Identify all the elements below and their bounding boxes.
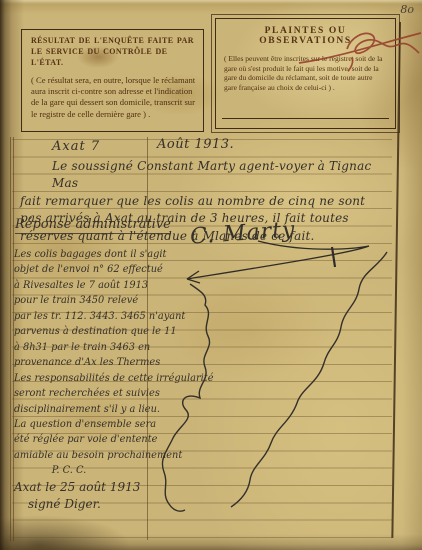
- complaint-line: fait remarquer que les colis au nombre d…: [20, 193, 394, 210]
- register-page: 8o RÉSULTAT DE L'ENQUÊTE FAITE PAR LE SE…: [0, 0, 422, 550]
- entry-date-month: Août 1913.: [157, 137, 234, 152]
- response-line: disciplinairement s'il y a lieu.: [14, 402, 148, 417]
- complaint-line: Le soussigné Constant Marty agent-voyer …: [20, 158, 394, 193]
- response-line: par les tr. 112. 3443. 3465 n'ayant: [14, 309, 148, 324]
- response-line: amiable au besoin prochainement: [14, 448, 148, 463]
- plaintes-box-title: PLAINTES OU OBSERVATIONS: [224, 26, 387, 46]
- response-line: à Rivesaltes le 7 août 1913: [14, 278, 148, 293]
- response-line: objet de l'envoi n° 62 effectué: [14, 262, 148, 277]
- response-line: Les responsabilités de cette irrégularit…: [14, 371, 148, 386]
- result-enquete-box: RÉSULTAT DE L'ENQUÊTE FAITE PAR LE SERVI…: [21, 29, 204, 132]
- plaintes-box-body: ( Elles peuvent être inscrites sur le re…: [224, 54, 387, 92]
- response-line: seront recherchées et suivies: [14, 386, 148, 401]
- closing-signature: signé Diger.: [14, 496, 148, 513]
- closing-place-date: Axat le 25 août 1913: [14, 479, 148, 496]
- response-line: La question d'ensemble sera: [14, 417, 148, 432]
- pour-copie-conforme: P. C. C.: [14, 463, 124, 478]
- response-heading: Réponse administrative: [15, 217, 171, 234]
- response-line: parvenus à destination que le 11: [14, 324, 148, 339]
- plaintes-box-inner: PLAINTES OU OBSERVATIONS ( Elles peuvent…: [215, 18, 396, 129]
- left-margin-rule: [10, 137, 11, 541]
- plaintes-box-writing-line: [222, 118, 389, 120]
- response-line: pour le train 3450 relevé: [14, 293, 148, 308]
- ink-dash: [332, 247, 335, 267]
- result-box-title: RÉSULTAT DE L'ENQUÊTE FAITE PAR LE SERVI…: [31, 35, 196, 68]
- response-line: Les colis bagages dont il s'agit: [14, 247, 148, 262]
- plaintes-observations-box: PLAINTES OU OBSERVATIONS ( Elles peuvent…: [211, 14, 400, 133]
- entry-date-station: Axat 7: [52, 139, 100, 154]
- response-column: Les colis bagages dont il s'agit objet d…: [14, 247, 148, 513]
- response-line: provenance d'Ax les Thermes: [14, 355, 148, 370]
- large-wavy-flourish: [231, 252, 387, 507]
- result-box-body: ( Ce résultat sera, en outre, lorsque le…: [31, 75, 196, 120]
- page-number: 8o: [400, 3, 414, 16]
- response-line: à 8h31 par le train 3463 en: [14, 340, 148, 355]
- response-line: été réglée par voie d'entente: [14, 432, 148, 447]
